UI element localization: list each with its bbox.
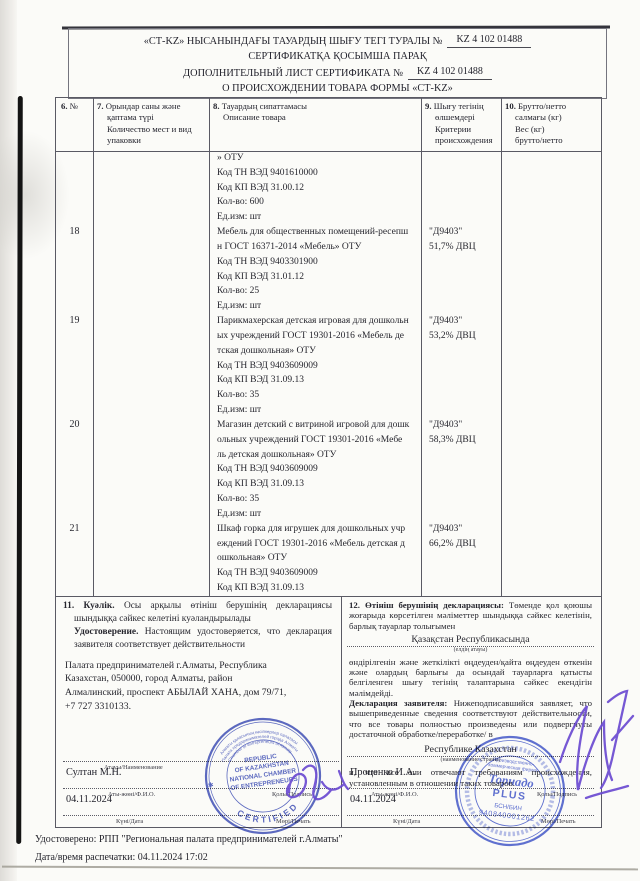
certificate-header: «СТ-KZ» НЫСАНЫНДАҒЫ ТАУАРДЫҢ ШЫҒУ ТЕГІ Т… (68, 28, 607, 99)
scan-edge-artifact (16, 96, 23, 844)
table-row: 18Мебель для общественных помещений-ресе… (56, 225, 601, 314)
item-description: Магазин детский с витриной игровой для д… (209, 418, 421, 522)
item-description: Мебель для общественных помещений-ресепш… (209, 225, 421, 314)
col-header-weight: 10. Брутто/нетто салмағы (кг) Вес (кг) б… (501, 98, 613, 147)
date-label-12: Күні/Дата (393, 818, 420, 825)
item-origin-criteria: "Д9403" 53,2% ДВЦ (421, 314, 501, 344)
header-subtitle-kz: СЕРТИФИКАТҚА ҚОСЫМША ПАРАҚ (69, 49, 606, 64)
col-header-description: 8. Тауардың сипаттамасы Описание товара (209, 98, 425, 124)
col-packaging-prefix: 7. (97, 101, 104, 111)
item-description: » ОТУ Код ТН ВЭД 9401610000 Код КП ВЭД 3… (209, 151, 421, 225)
header-title-ru-text: ДОПОЛНИТЕЛЬНЫЙ ЛИСТ СЕРТИФИКАТА № (183, 68, 403, 79)
item-description: Шкаф горка для игрушек для дошкольных уч… (209, 522, 421, 596)
table-row: 19Парикмахерская детская игровая для дош… (56, 314, 601, 418)
declaration-paragraph-kz: 12. Өтініш берушінің декларациясы: Төмен… (349, 600, 592, 631)
declaration-paragraph-kz2: өндірілгенін және жеткілікті өңдеуден/қа… (349, 657, 592, 698)
col-weight-prefix: 10. (505, 101, 516, 111)
col-header-number: 6. № (56, 98, 98, 112)
table-row: 21Шкаф горка для игрушек для дошкольных … (56, 522, 601, 596)
col-weight-text: Брутто/нетто салмағы (кг) Вес (кг) брутт… (515, 101, 566, 145)
certificate-number-2: KZ 4 102 01488 (408, 64, 492, 80)
col-description-text: Тауардың сипаттамасы Описание товара (222, 101, 307, 122)
col-header-packaging: 7. Орындар саны және қаптама түрі Количе… (93, 98, 221, 147)
table-row: 20Магазин детский с витриной игровой для… (56, 418, 601, 522)
col-header-origin-criteria: 9. Шығу тегінің өлшемдері Критерии проис… (421, 98, 513, 147)
stamp-star-icon: ✱ (207, 781, 214, 790)
date-label-11: Күні/Дата (116, 818, 143, 825)
col-origin-text: Шығу тегінің өлшемдері Критерии происхож… (434, 101, 493, 145)
col-origin-prefix: 9. (425, 101, 432, 111)
col-packaging-text: Орындар саны және қаптама түрі Количеств… (106, 101, 192, 145)
declaration-kz-bold: 12. Өтініш берушінің декларациясы: (349, 600, 504, 610)
item-number: 21 (56, 522, 93, 534)
item-origin-criteria: "Д9403" 58,3% ДВЦ (421, 418, 501, 448)
tornado-company-stamp: Производственно- коммерческая фирма Торн… (451, 733, 569, 849)
application-date: 04.11.2024 (350, 794, 396, 805)
item-number: 18 (56, 225, 93, 237)
certificate-page: «СТ-KZ» НЫСАНЫНДАҒЫ ТАУАРДЫҢ ШЫҒУ ТЕГІ Т… (0, 0, 640, 881)
country-name-kz: Қазақстан Республикасында (341, 634, 600, 645)
item-number: 19 (56, 314, 93, 326)
applicant-name: Проценко И.А. (350, 767, 416, 778)
col-number-prefix: 6. (61, 101, 68, 111)
attestation-kz-bold: 11. Куәлік. (63, 601, 115, 611)
col-number-text: № (70, 101, 78, 111)
header-subtitle-ru: О ПРОИСХОЖДЕНИИ ТОВАРА ФОРМЫ «СТ-KZ» (69, 81, 606, 96)
chamber-address: Палата предпринимателей г.Алматы, Респуб… (65, 659, 332, 714)
items-rows: » ОТУ Код ТН ВЭД 9401610000 Код КП ВЭД 3… (56, 151, 601, 596)
item-number (56, 151, 93, 152)
certification-date: 04.11.2024 (66, 794, 112, 805)
header-title-kz-text: «СТ-KZ» НЫСАНЫНДАҒЫ ТАУАРДЫҢ ШЫҒУ ТЕГІ Т… (144, 36, 443, 47)
header-title-kz: «СТ-KZ» НЫСАНЫНДАҒЫ ТАУАРДЫҢ ШЫҒУ ТЕГІ Т… (69, 34, 606, 49)
certificate-number-1: KZ 4 102 01488 (447, 32, 531, 48)
attestation-ru-bold: Удостоверение. (74, 627, 138, 637)
item-origin-criteria: "Д9403" 51,7% ДВЦ (421, 225, 501, 255)
item-description: Парикмахерская детская игровая для дошко… (209, 314, 421, 418)
header-title-ru: ДОПОЛНИТЕЛЬНЫЙ ЛИСТ СЕРТИФИКАТА №KZ 4 10… (69, 66, 606, 81)
footer-print-datetime: Дата/время распечатки: 04.11.2024 17:02 (35, 849, 343, 867)
declaration-ru-bold: Декларация заявителя: (349, 698, 447, 708)
country-kz-label: (елдің атауы) (341, 647, 600, 654)
certifier-name: Султан М.Н. (66, 767, 121, 778)
fio-label-11: Аты-жөні/Ф.И.О. (108, 791, 155, 798)
attestation-paragraph: 11. Куәлік. Осы арқылы өтініш берушінің … (63, 600, 332, 652)
item-number: 20 (56, 418, 93, 430)
table-row: » ОТУ Код ТН ВЭД 9401610000 Код КП ВЭД 3… (56, 151, 601, 225)
col-description-prefix: 8. (213, 101, 220, 111)
item-origin-criteria: "Д9403" 66,2% ДВЦ (421, 522, 501, 552)
chamber-certified-stamp: Алматы қаласының кәсіпкерлер палатасы Па… (192, 712, 334, 840)
